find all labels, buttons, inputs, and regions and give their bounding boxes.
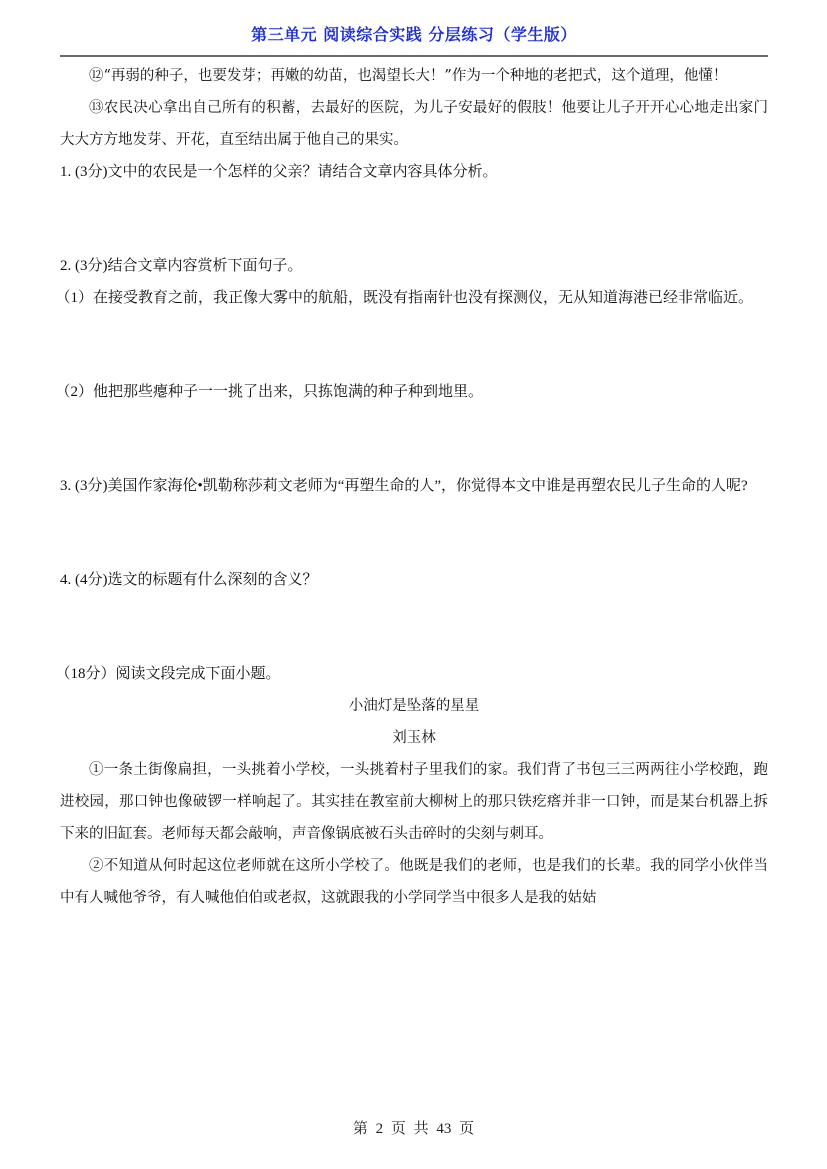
page-header-title: 第三单元 阅读综合实践 分层练习（学生版）: [60, 22, 768, 45]
passage-paragraph-12: ⑫“再弱的种子，也要发芽；再嫩的幼苗，也渴望长大！”作为一个种地的老把式，这个道…: [60, 60, 768, 92]
answer-space-4: [60, 596, 768, 658]
question-2: 2. (3分)结合文章内容赏析下面句子。: [60, 250, 768, 282]
answer-space-3: [60, 502, 768, 564]
page-number: 第 2 页 共 43 页: [0, 1117, 827, 1138]
question-3: 3. (3分)美国作家海伦•凯勒称莎莉文老师为“再塑生命的人”，你觉得本文中谁是…: [60, 470, 768, 502]
question-4: 4. (4分)选文的标题有什么深刻的含义？: [60, 564, 768, 596]
article-title: 小油灯是坠落的星星: [60, 690, 768, 722]
section-instruction: （18分）阅读文段完成下面小题。: [60, 658, 768, 690]
answer-space-2-1: [60, 314, 768, 376]
article-paragraph-1: ①一条土街像扁担，一头挑着小学校，一头挑着村子里我们的家。我们背了书包三三两两往…: [60, 754, 768, 850]
question-1: 1. (3分)文中的农民是一个怎样的父亲？请结合文章内容具体分析。: [60, 156, 768, 188]
answer-space-2-2: [60, 408, 768, 470]
article-author: 刘玉林: [60, 722, 768, 754]
question-2-sub-1: （1）在接受教育之前，我正像大雾中的航船，既没有指南针也没有探测仪，无从知道海港…: [60, 282, 768, 314]
question-2-sub-2: （2）他把那些瘪种子一一挑了出来，只拣饱满的种子种到地里。: [60, 376, 768, 408]
article-paragraph-2: ②不知道从何时起这位老师就在这所小学校了。他既是我们的老师，也是我们的长辈。我的…: [60, 850, 768, 914]
passage-paragraph-13: ⑬农民决心拿出自己所有的积蓄，去最好的医院，为儿子安最好的假肢！他要让儿子开开心…: [60, 92, 768, 156]
header-divider: [60, 55, 768, 57]
document-body: ⑫“再弱的种子，也要发芽；再嫩的幼苗，也渴望长大！”作为一个种地的老把式，这个道…: [60, 60, 768, 914]
answer-space-1: [60, 188, 768, 250]
